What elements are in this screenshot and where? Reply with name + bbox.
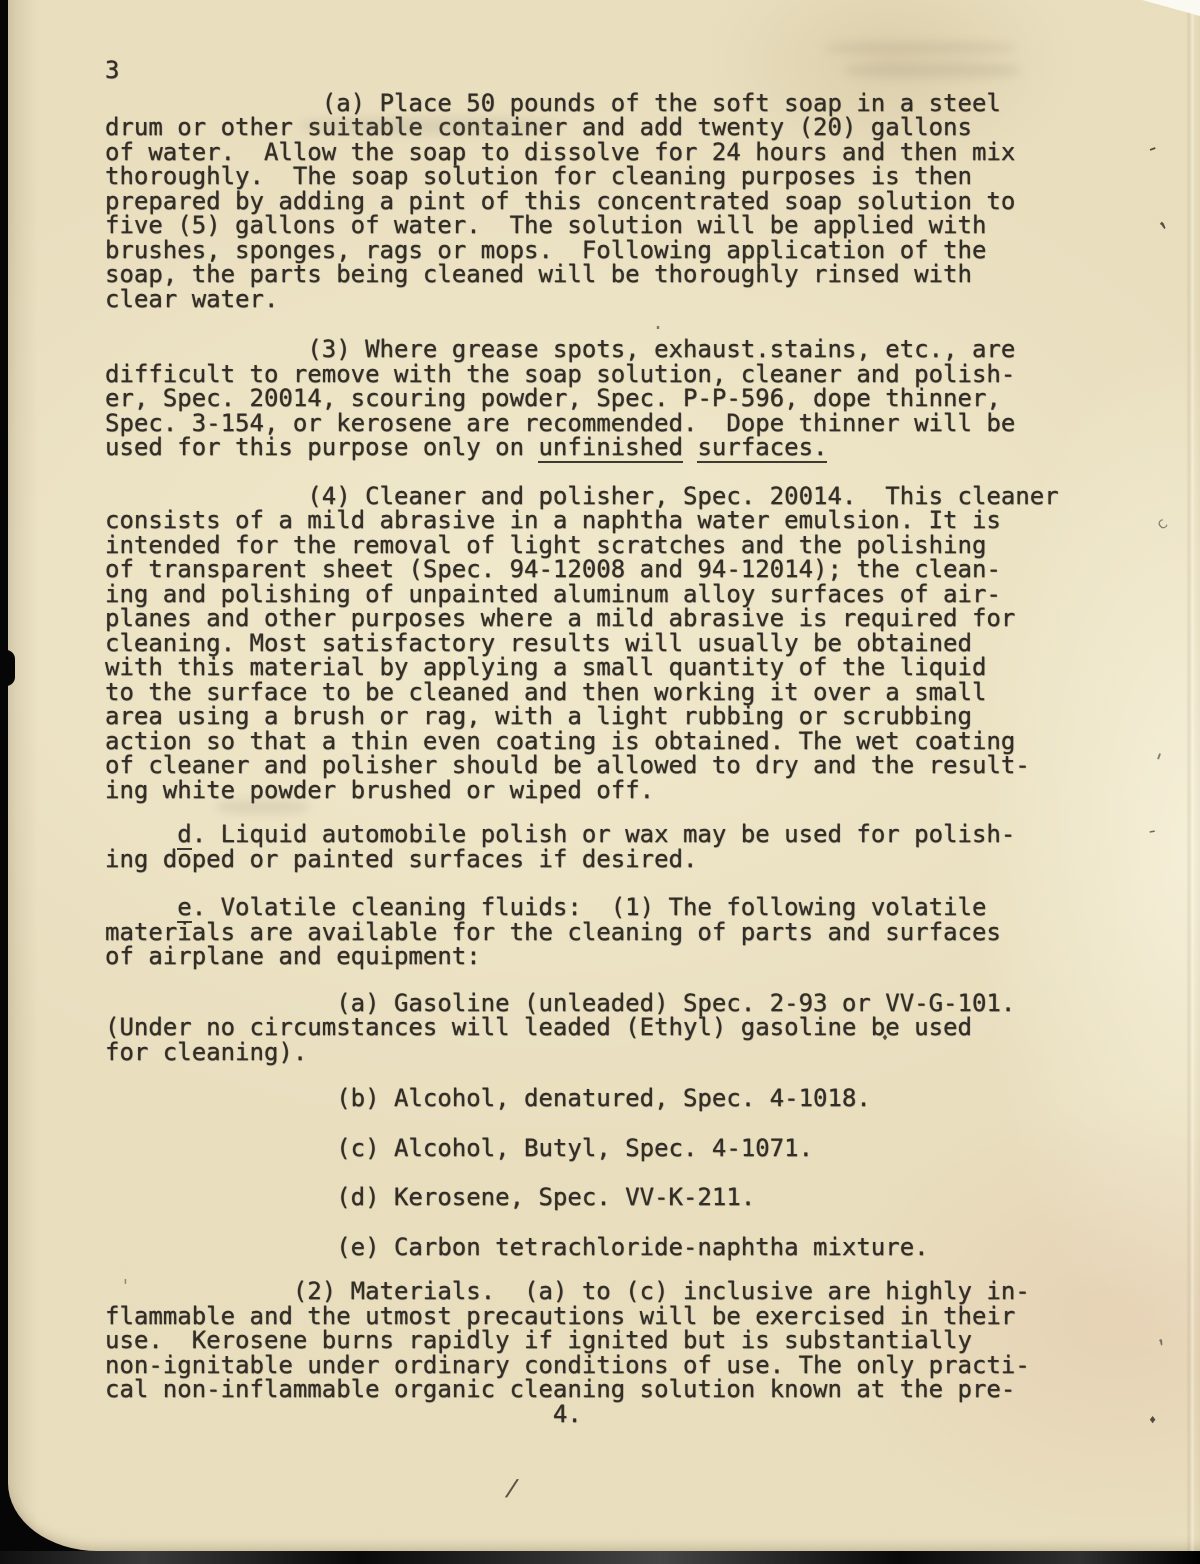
- text-line: five (5) gallons of water. The solution …: [105, 213, 1125, 238]
- text-line: for cleaning).: [105, 1040, 1125, 1065]
- paragraph-4-cleaner-polisher: (4) Cleaner and polisher, Spec. 20014. T…: [105, 484, 1125, 803]
- paragraph-a-gasoline: (a) Gasoline (unleaded) Spec. 2-93 or VV…: [105, 991, 1125, 1065]
- list-item-b-alcohol-denatured: (b) Alcohol, denatured, Spec. 4-1018.: [105, 1086, 1125, 1111]
- underlined-text: surfaces.: [697, 433, 827, 463]
- text-line: 4.: [105, 1402, 1125, 1427]
- document-body: 3 (a) Place 50 pounds of the soft soap i…: [105, 58, 1125, 1426]
- paragraph-d-auto-polish: d. Liquid automobile polish or wax may b…: [105, 822, 1125, 871]
- text-line: area using a brush or rag, with a light …: [105, 704, 1125, 729]
- paper-fold-line: [1186, 0, 1195, 1551]
- text-line: planes and other purposes where a mild a…: [105, 606, 1125, 631]
- text-line: materials are available for the cleaning…: [105, 920, 1125, 945]
- scan-edge-notch: [0, 650, 15, 686]
- text-line: (c) Alcohol, Butyl, Spec. 4-1071.: [105, 1136, 1125, 1161]
- text-line: d. Liquid automobile polish or wax may b…: [105, 822, 1125, 847]
- paragraph-a-soap-solution: (a) Place 50 pounds of the soft soap in …: [105, 91, 1125, 312]
- text-line: (d) Kerosene, Spec. VV-K-211.: [105, 1185, 1125, 1210]
- scan-corner-sliver: [1142, 0, 1200, 16]
- scan-bottom-edge: [0, 1551, 1200, 1564]
- text-line: (3) Where grease spots, exhaust.stains, …: [105, 337, 1125, 362]
- text-line: thoroughly. The soap solution for cleani…: [105, 164, 1125, 189]
- underlined-text: unfinished: [538, 433, 683, 463]
- page-number-bottom: 4.: [105, 1402, 1125, 1427]
- text-line: intended for the removal of light scratc…: [105, 533, 1125, 558]
- text-line: difficult to remove with the soap soluti…: [105, 362, 1125, 387]
- text-line: of airplane and equipment:: [105, 944, 1125, 969]
- text-line: (Under no circumstances will leaded (Eth…: [105, 1015, 1125, 1040]
- text-line: clear water.: [105, 287, 1125, 312]
- text-line: of cleaner and polisher should be allowe…: [105, 753, 1125, 778]
- text-line: ing and polishing of unpainted aluminum …: [105, 582, 1125, 607]
- text-line: (a) Place 50 pounds of the soft soap in …: [105, 91, 1125, 116]
- text-line: ing white powder brushed or wiped off.: [105, 778, 1125, 803]
- text-line: ing doped or painted surfaces if desired…: [105, 847, 1125, 872]
- text-line: prepared by adding a pint of this concen…: [105, 189, 1125, 214]
- text-line: cal non-inflammable organic cleaning sol…: [105, 1377, 1125, 1402]
- text-line: of transparent sheet (Spec. 94-12008 and…: [105, 557, 1125, 582]
- list-item-c-alcohol-butyl: (c) Alcohol, Butyl, Spec. 4-1071.: [105, 1136, 1125, 1161]
- paragraph-2-materials: (2) Materials. (a) to (c) inclusive are …: [105, 1279, 1125, 1402]
- text-line: 3: [105, 58, 1125, 83]
- text-line: non-ignitable under ordinary conditions …: [105, 1353, 1125, 1378]
- text-line: (e) Carbon tetrachloride-naphtha mixture…: [105, 1235, 1125, 1260]
- page-number-top: 3: [105, 58, 1125, 83]
- text-line: action so that a thin even coating is ob…: [105, 729, 1125, 754]
- paper-sheet: 3 (a) Place 50 pounds of the soft soap i…: [8, 0, 1200, 1551]
- text-line: flammable and the utmost precautions wil…: [105, 1304, 1125, 1329]
- text-line: (a) Gasoline (unleaded) Spec. 2-93 or VV…: [105, 991, 1125, 1016]
- list-item-d-kerosene: (d) Kerosene, Spec. VV-K-211.: [105, 1185, 1125, 1210]
- text-line: (2) Materials. (a) to (c) inclusive are …: [105, 1279, 1125, 1304]
- text-line: used for this purpose only on unfinished…: [105, 435, 1125, 460]
- text-line: of water. Allow the soap to dissolve for…: [105, 140, 1125, 165]
- text-line: e. Volatile cleaning fluids: (1) The fol…: [105, 895, 1125, 920]
- text-line: er, Spec. 20014, scouring powder, Spec. …: [105, 386, 1125, 411]
- paragraph-3-grease-spots: (3) Where grease spots, exhaust.stains, …: [105, 337, 1125, 460]
- text-line: use. Kerosene burns rapidly if ignited b…: [105, 1328, 1125, 1353]
- text-line: brushes, sponges, rags or mops. Followin…: [105, 238, 1125, 263]
- scanned-document-page: 3 (a) Place 50 pounds of the soft soap i…: [0, 0, 1200, 1564]
- text-line: (4) Cleaner and polisher, Spec. 20014. T…: [105, 484, 1125, 509]
- text-line: consists of a mild abrasive in a naphtha…: [105, 508, 1125, 533]
- text-line: soap, the parts being cleaned will be th…: [105, 262, 1125, 287]
- text-line: with this material by applying a small q…: [105, 655, 1125, 680]
- text-line: drum or other suitable container and add…: [105, 115, 1125, 140]
- text-line: cleaning. Most satisfactory results will…: [105, 631, 1125, 656]
- text-line: to the surface to be cleaned and then wo…: [105, 680, 1125, 705]
- text-line: Spec. 3-154, or kerosene are recommended…: [105, 411, 1125, 436]
- text-line: (b) Alcohol, denatured, Spec. 4-1018.: [105, 1086, 1125, 1111]
- paragraph-e-volatile-fluids: e. Volatile cleaning fluids: (1) The fol…: [105, 895, 1125, 969]
- list-item-e-carbon-tetrachloride: (e) Carbon tetrachloride-naphtha mixture…: [105, 1235, 1125, 1260]
